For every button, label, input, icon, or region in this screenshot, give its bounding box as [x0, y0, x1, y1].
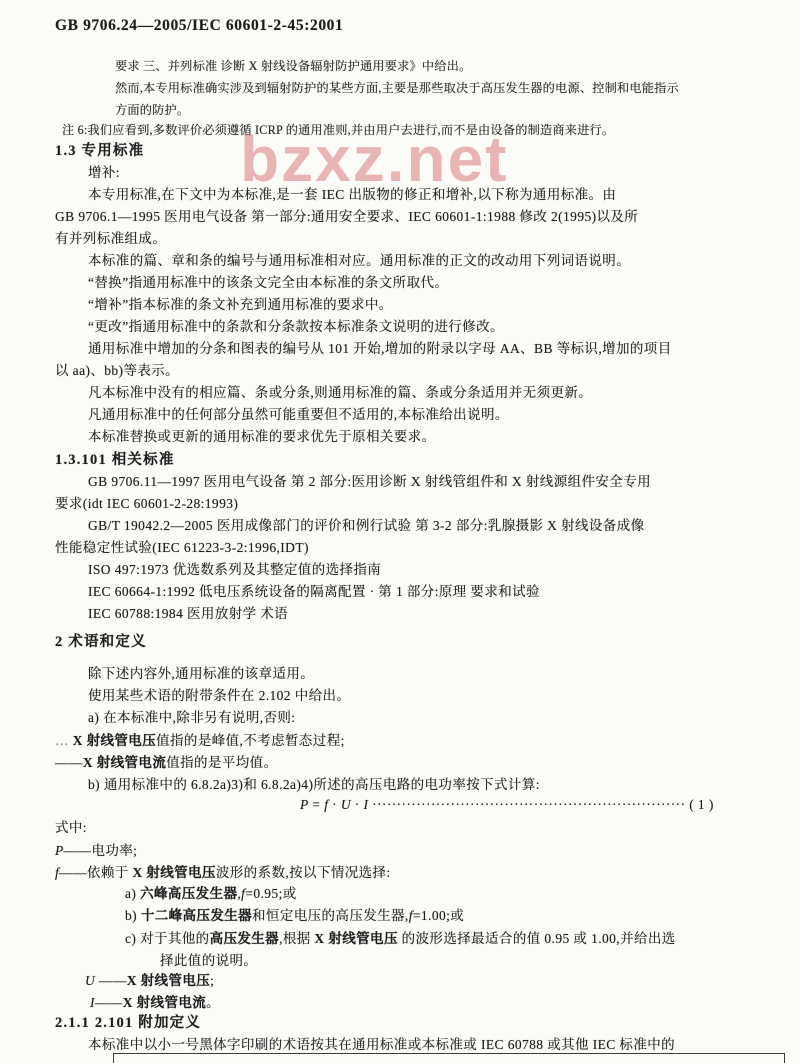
text-run: b): [125, 908, 141, 923]
heading-2-1-1: 2.1.1 2.101 附加定义: [55, 1013, 201, 1033]
doc-line: 然而,本专用标准确实涉及到辐射防护的某些方面,主要是那些取决于高压发生器的电源、…: [115, 78, 679, 98]
text-run: 十二峰高压发生器: [141, 908, 252, 923]
text-run: c) 对于其他的: [125, 931, 210, 946]
text-run: 通用标准中增加的分条和图表的编号从 101 开始,增加的附录以字母 AA、BB …: [88, 341, 672, 356]
text-run: 值指的是峰值,不考虑暂态过程;: [156, 733, 345, 748]
text-run: U: [85, 973, 95, 988]
text-run: ········································…: [372, 797, 685, 812]
doc-line: 使用某些术语的附带条件在 2.102 中给出。: [88, 686, 350, 706]
text-run: 有并列标准组成。: [55, 231, 166, 246]
text-run: ·: [351, 797, 363, 812]
text-run: 值指的是平均值。: [166, 755, 277, 770]
doc-line: GB 9706.1—1995 医用电气设备 第一部分:通用安全要求、IEC 60…: [55, 207, 638, 227]
text-run: 六峰高压发生器: [140, 886, 237, 901]
text-run: ;: [210, 973, 214, 988]
text-run: =: [309, 797, 325, 812]
text-run: 的波形选择最适合的值 0.95 或 1.00,并给出选: [398, 931, 676, 946]
doc-line: 凡通用标准中的任何部分虽然可能重要但不适用的,本标准给出说明。: [88, 405, 509, 425]
doc-line: 方面的防护。: [115, 100, 189, 120]
text-run: 凡本标准中没有的相应篇、条或分条,则通用标准的篇、条或分条适用并无须更新。: [88, 385, 592, 400]
text-run: ·: [328, 797, 340, 812]
doc-line: 性能稳定性试验(IEC 61223-3-2:1996,IDT): [55, 538, 309, 558]
doc-line: U ——X 射线管电压;: [85, 971, 214, 991]
doc-line: 本标准的篇、章和条的编号与通用标准相对应。通用标准的正文的改动用下列词语说明。: [88, 251, 630, 271]
doc-line: 式中:: [55, 818, 87, 838]
text-run: X 射线管电压: [127, 973, 210, 988]
doc-line: 通用标准中增加的分条和图表的编号从 101 开始,增加的附录以字母 AA、BB …: [88, 339, 672, 359]
doc-line: 有并列标准组成。: [55, 229, 166, 249]
doc-line: 凡本标准中没有的相应篇、条或分条,则通用标准的篇、条或分条适用并无须更新。: [88, 383, 592, 403]
doc-line: … X 射线管电压值指的是峰值,不考虑暂态过程;: [55, 731, 345, 751]
doc-line: ——X 射线管电流值指的是平均值。: [55, 753, 277, 773]
doc-line: a) 六峰高压发生器,f=0.95;或: [125, 884, 297, 904]
text-run: 本标准的篇、章和条的编号与通用标准相对应。通用标准的正文的改动用下列词语说明。: [88, 253, 630, 268]
text-run: 1.3 专用标准: [55, 143, 144, 159]
text-run: 择此值的说明。: [160, 953, 257, 968]
doc-line: 要求 三、并列标准 诊断 X 射线设备辐射防护通用要求》中给出。: [115, 56, 471, 76]
text-run: =1.00;或: [413, 908, 464, 923]
text-run: 2.1.1 2.101 附加定义: [55, 1015, 201, 1031]
text-run: …: [55, 733, 73, 748]
doc-line: 本专用标准,在下文中为本标准,是一套 IEC 出版物的修正和增补,以下称为通用标…: [88, 185, 616, 205]
text-run: IEC 60664-1:1992 低电压系统设备的隔离配置 · 第 1 部分:原…: [88, 584, 540, 599]
doc-line: “更改”指通用标准中的条款和分条款按本标准条文说明的进行修改。: [88, 317, 504, 337]
doc-line: f——依赖于 X 射线管电压波形的系数,按以下情况选择:: [55, 863, 391, 883]
doc-line: 增补:: [88, 163, 120, 183]
text-run: 除下述内容外,通用标准的该章适用。: [88, 666, 314, 681]
text-run: 本标准替换或更新的通用标准的要求优先于原相关要求。: [88, 429, 436, 444]
text-run: 性能稳定性试验(IEC 61223-3-2:1996,IDT): [55, 540, 309, 555]
text-run: 本专用标准,在下文中为本标准,是一套 IEC 出版物的修正和增补,以下称为通用标…: [88, 187, 616, 202]
doc-line: 以 aa)、bb)等表示。: [55, 361, 179, 381]
text-run: X 射线管电压: [73, 733, 156, 748]
doc-line: 本标准替换或更新的通用标准的要求优先于原相关要求。: [88, 427, 436, 447]
page: bzxz.net GB 9706.24—2005/IEC 60601-2-45:…: [0, 0, 800, 1063]
text-run: X 射线管电压: [132, 865, 215, 880]
text-run: 1.3.101 相关标准: [55, 452, 175, 468]
doc-line: ISO 497:1973 优选数系列及其整定值的选择指南: [88, 560, 381, 580]
text-run: 2 术语和定义: [55, 634, 147, 650]
text-run: ——: [95, 995, 123, 1010]
doc-line: GB 9706.11—1997 医用电气设备 第 2 部分:医用诊断 X 射线管…: [88, 472, 651, 492]
text-run: X 射线管电流: [83, 755, 166, 770]
text-run: 要求(idt IEC 60601-2-28:1993): [55, 496, 238, 511]
doc-line: “增补”指本标准的条文补充到通用标准的要求中。: [88, 295, 393, 315]
text-run: ( 1 ): [685, 797, 713, 812]
heading-1-3: 1.3 专用标准: [55, 141, 144, 161]
doc-line: 择此值的说明。: [160, 951, 257, 971]
text-run: ISO 497:1973 优选数系列及其整定值的选择指南: [88, 562, 381, 577]
text-run: 。: [206, 995, 220, 1010]
doc-line: “替换”指通用标准中的该条文完全由本标准的条文所取代。: [88, 273, 448, 293]
text-run: 使用某些术语的附带条件在 2.102 中给出。: [88, 688, 350, 703]
text-run: 以 aa)、bb)等表示。: [55, 363, 179, 378]
doc-line: I——X 射线管电流。: [90, 993, 220, 1013]
doc-line: 除下述内容外,通用标准的该章适用。: [88, 664, 314, 684]
text-run: 式中:: [55, 820, 87, 835]
doc-line: 注 6:我们应看到,多数评价必须遵循 ICRP 的通用准则,并由用户去进行,而不…: [62, 120, 614, 140]
formula-1: P = f · U · I ··························…: [300, 795, 714, 815]
text-run: b) 通用标准中的 6.8.2a)3)和 6.8.2a)4)所述的高压电路的电功…: [88, 777, 540, 792]
text-run: 方面的防护。: [115, 103, 189, 117]
text-run: ——电功率;: [64, 843, 138, 858]
text-run: P: [300, 797, 309, 812]
text-run: IEC 60788:1984 医用放射学 术语: [88, 606, 288, 621]
text-run: “替换”指通用标准中的该条文完全由本标准的条文所取代。: [88, 275, 448, 290]
text-run: ,根据: [279, 931, 314, 946]
text-run: X 射线管电压: [314, 931, 397, 946]
text-run: GB 9706.11—1997 医用电气设备 第 2 部分:医用诊断 X 射线管…: [88, 474, 651, 489]
text-run: 本标准中以小一号黑体字印刷的术语按其在通用标准或本标准或 IEC 60788 或…: [88, 1037, 675, 1052]
doc-line: IEC 60664-1:1992 低电压系统设备的隔离配置 · 第 1 部分:原…: [88, 582, 540, 602]
text-run: “增补”指本标准的条文补充到通用标准的要求中。: [88, 297, 393, 312]
heading-1-3-101: 1.3.101 相关标准: [55, 450, 175, 470]
text-run: 然而,本专用标准确实涉及到辐射防护的某些方面,主要是那些取决于高压发生器的电源、…: [115, 81, 679, 95]
doc-header: GB 9706.24—2005/IEC 60601-2-45:2001: [55, 16, 343, 36]
doc-line: GB/T 19042.2—2005 医用成像部门的评价和例行试验 第 3-2 部…: [88, 516, 645, 536]
text-run: 和恒定电压的高压发生器,: [252, 908, 409, 923]
text-run: a) 在本标准中,除非另有说明,否则:: [88, 710, 295, 725]
text-run: 高压发生器: [210, 931, 280, 946]
text-run: a): [125, 886, 140, 901]
text-run: P: [55, 843, 64, 858]
doc-line: 要求(idt IEC 60601-2-28:1993): [55, 494, 238, 514]
text-run: ——: [55, 755, 83, 770]
text-run: “更改”指通用标准中的条款和分条款按本标准条文说明的进行修改。: [88, 319, 504, 334]
doc-line: c) 对于其他的高压发生器,根据 X 射线管电压 的波形选择最适合的值 0.95…: [125, 929, 676, 949]
text-run: GB/T 19042.2—2005 医用成像部门的评价和例行试验 第 3-2 部…: [88, 518, 645, 533]
text-run: 要求 三、并列标准 诊断 X 射线设备辐射防护通用要求》中给出。: [115, 59, 471, 73]
text-run: 凡通用标准中的任何部分虽然可能重要但不适用的,本标准给出说明。: [88, 407, 509, 422]
heading-2: 2 术语和定义: [55, 632, 147, 652]
text-run: GB 9706.24—2005/IEC 60601-2-45:2001: [55, 17, 343, 34]
text-run: ——依赖于: [59, 865, 132, 880]
text-run: =0.95;或: [245, 886, 296, 901]
doc-line: 本标准中以小一号黑体字印刷的术语按其在通用标准或本标准或 IEC 60788 或…: [88, 1035, 675, 1055]
text-run: U: [341, 797, 351, 812]
doc-line: b) 十二峰高压发生器和恒定电压的高压发生器,f=1.00;或: [125, 906, 464, 926]
text-run: 注 6:我们应看到,多数评价必须遵循 ICRP 的通用准则,并由用户去进行,而不…: [62, 123, 614, 137]
text-run: 波形的系数,按以下情况选择:: [216, 865, 391, 880]
doc-line: a) 在本标准中,除非另有说明,否则:: [88, 708, 295, 728]
text-run: ——: [95, 973, 127, 988]
text-run: X 射线管电流: [123, 995, 206, 1010]
doc-line: IEC 60788:1984 医用放射学 术语: [88, 604, 288, 624]
doc-line: P——电功率;: [55, 841, 137, 861]
text-run: 增补:: [88, 165, 120, 180]
doc-line: b) 通用标准中的 6.8.2a)3)和 6.8.2a)4)所述的高压电路的电功…: [88, 775, 540, 795]
text-run: GB 9706.1—1995 医用电气设备 第一部分:通用安全要求、IEC 60…: [55, 209, 638, 224]
